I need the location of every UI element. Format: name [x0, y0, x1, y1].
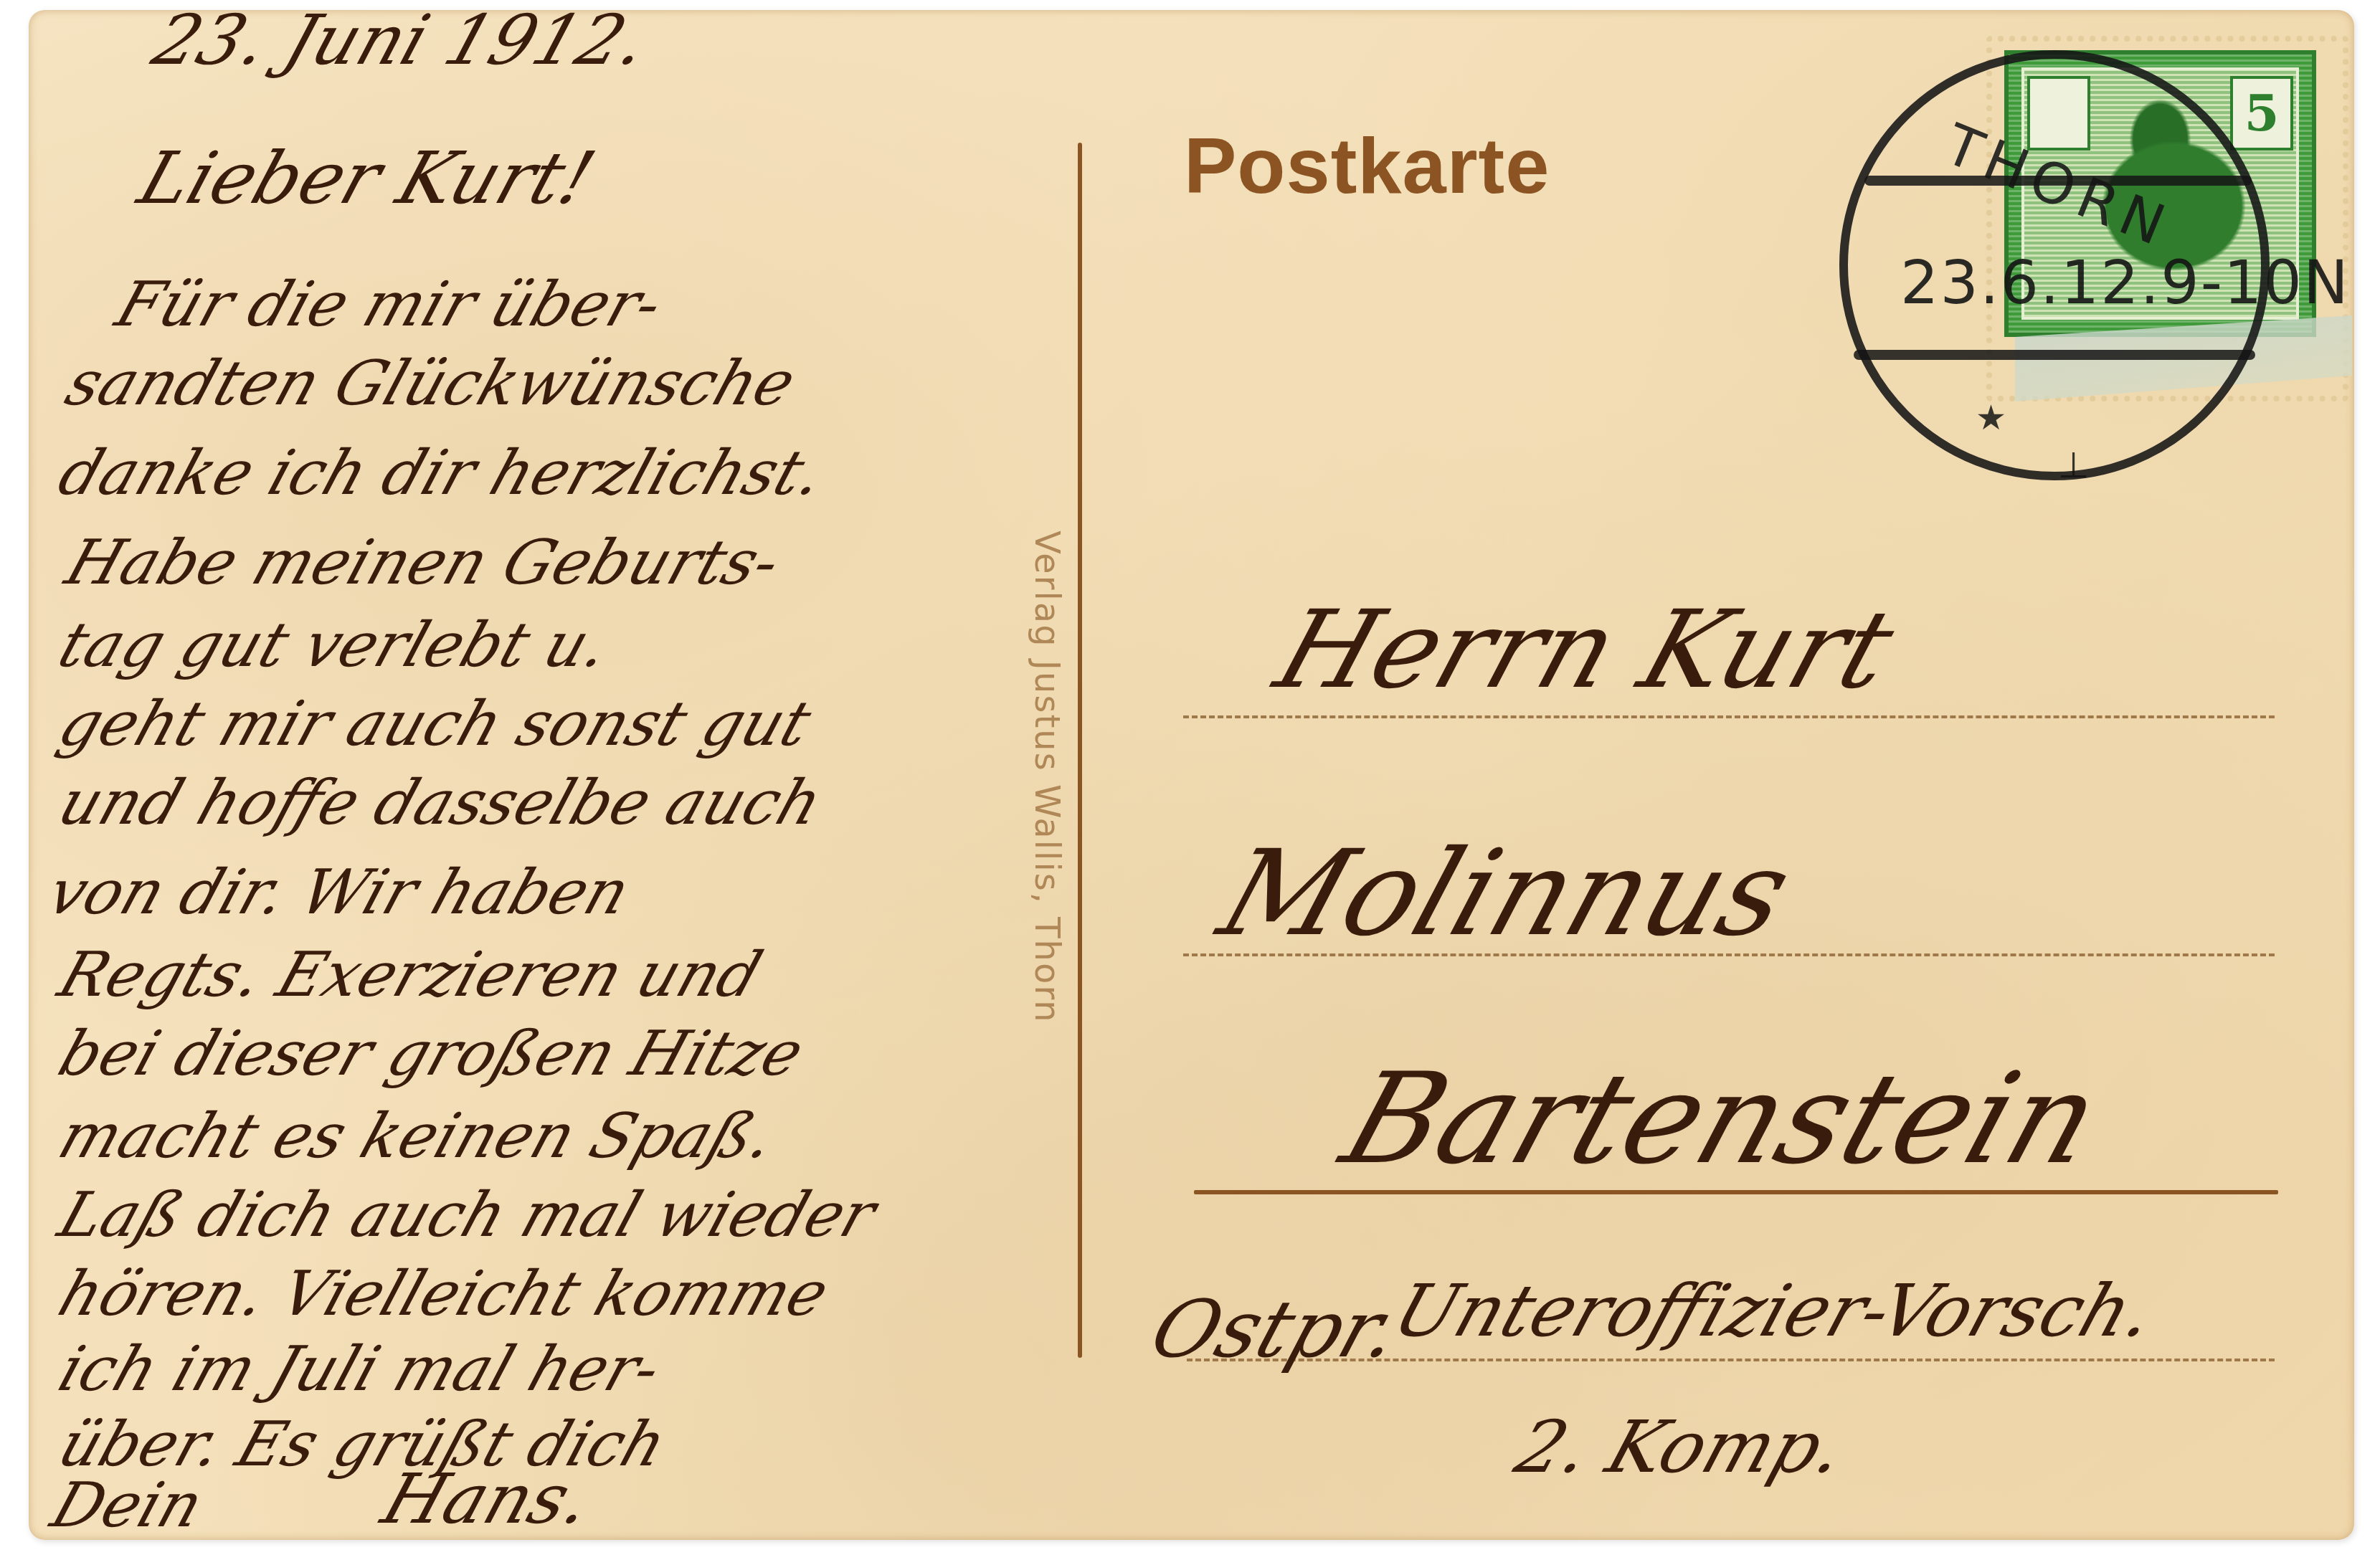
address-rule-1: [1183, 715, 2275, 718]
message-signature: Hans.: [373, 1459, 602, 1539]
message-line: tag gut verlebt u.: [50, 609, 618, 681]
address-unit: Unteroffizier-Vorsch.: [1384, 1269, 2166, 1353]
message-line: geht mir auch sonst gut: [50, 688, 820, 760]
message-line: macht es keinen Spaß.: [50, 1100, 784, 1172]
stamp-value: 5: [2230, 76, 2293, 151]
message-line: Regts. Exerzieren und: [50, 939, 770, 1011]
message-line: Habe meinen Geburts-: [57, 527, 789, 599]
publisher-imprint: Verlag Justus Wallis, Thorn: [1024, 531, 1067, 1047]
message-closing: Dein: [43, 1470, 212, 1541]
message-line: Für die mir über-: [108, 269, 671, 341]
message-salutation: Lieber Kurt!: [129, 136, 605, 220]
address-recipient-surname: Molinnus: [1205, 824, 1807, 962]
postmark-date: 23.6.12.9-10N: [1900, 247, 2350, 318]
message-line: hören. Vielleicht komme: [50, 1258, 837, 1330]
address-recipient-name: Herrn Kurt: [1262, 588, 1908, 713]
message-line: Laß dich auch mal wieder: [50, 1179, 884, 1251]
message-line: bei dieser großen Hitze: [50, 1018, 812, 1090]
message-line: danke ich dir herzlichst.: [50, 437, 833, 509]
message-date: 23. Juni 1912.: [143, 0, 658, 80]
message-line: sandten Glückwünsche: [57, 348, 804, 419]
address-city: Bartenstein: [1327, 1047, 2117, 1192]
message-line: und hoffe dasselbe auch: [50, 767, 830, 839]
postcard-heading: Postkarte: [1184, 120, 1550, 211]
postmark-mark-icon: ⊥: [2058, 444, 2090, 486]
address-company: 2. Komp.: [1506, 1405, 1856, 1489]
message-address-divider: [1078, 143, 1082, 1358]
postmark-star-icon: ★: [1976, 398, 2006, 438]
message-line: ich im Juli mal her-: [50, 1333, 670, 1405]
message-line: von dir. Wir haben: [39, 857, 638, 928]
address-region: Ostpr.: [1140, 1283, 1411, 1375]
postmark-bar-bottom: [1854, 350, 2255, 360]
